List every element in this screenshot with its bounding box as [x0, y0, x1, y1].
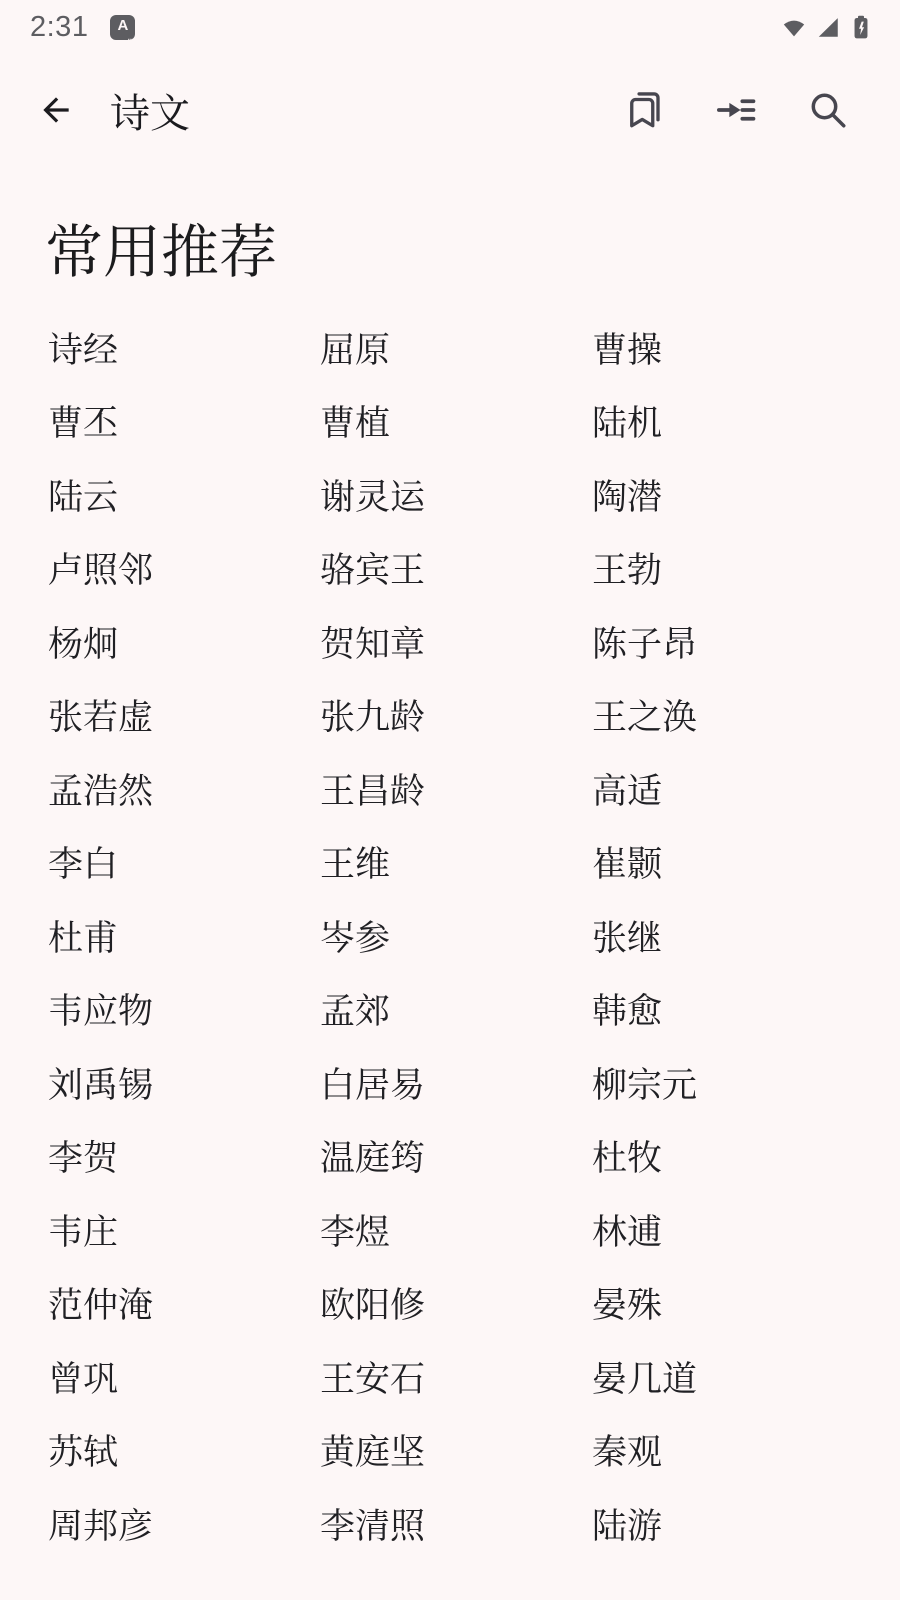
- cellular-signal-icon: [815, 14, 841, 40]
- wifi-icon: [780, 14, 808, 40]
- poet-item[interactable]: 韦应物: [48, 973, 320, 1047]
- poet-item[interactable]: 韩愈: [592, 973, 852, 1047]
- poet-item[interactable]: 谢灵运: [320, 458, 592, 532]
- jump-to-list-icon: [715, 89, 757, 131]
- poet-item[interactable]: 黄庭坚: [320, 1414, 592, 1488]
- bookmarks-icon: [623, 89, 665, 131]
- poet-item[interactable]: 屈原: [320, 311, 592, 385]
- poet-item[interactable]: 陶潜: [592, 458, 852, 532]
- badge-dots: ...: [127, 34, 133, 40]
- poet-item[interactable]: 曹丕: [48, 385, 320, 459]
- poet-item[interactable]: 王维: [320, 826, 592, 900]
- poet-item[interactable]: 白居易: [320, 1046, 592, 1120]
- poet-item[interactable]: 周邦彦: [48, 1487, 320, 1561]
- poet-item[interactable]: 王昌龄: [320, 752, 592, 826]
- poet-item[interactable]: 刘禹锡: [48, 1046, 320, 1120]
- search-button[interactable]: [804, 86, 852, 134]
- poet-item[interactable]: 张继: [592, 899, 852, 973]
- back-arrow-icon: [37, 91, 75, 129]
- poet-item[interactable]: 晏殊: [592, 1267, 852, 1341]
- poet-item[interactable]: 晏几道: [592, 1340, 852, 1414]
- poet-item[interactable]: 李煜: [320, 1193, 592, 1267]
- poet-item[interactable]: 林逋: [592, 1193, 852, 1267]
- poet-item[interactable]: 王之涣: [592, 679, 852, 753]
- poet-item[interactable]: 曹操: [592, 311, 852, 385]
- poet-item[interactable]: 范仲淹: [48, 1267, 320, 1341]
- poet-item[interactable]: 韦庄: [48, 1193, 320, 1267]
- section-heading: 常用推荐: [45, 218, 900, 288]
- jump-to-list-button[interactable]: [712, 86, 760, 134]
- poet-item[interactable]: 陆云: [48, 458, 320, 532]
- poet-item[interactable]: 曾巩: [48, 1340, 320, 1414]
- notification-app-badge-icon: A ...: [110, 15, 135, 40]
- poet-item[interactable]: 杨炯: [48, 605, 320, 679]
- back-button[interactable]: [32, 86, 80, 134]
- poet-item[interactable]: 苏轼: [48, 1414, 320, 1488]
- poet-item[interactable]: 骆宾王: [320, 532, 592, 606]
- bookmarks-button[interactable]: [620, 86, 668, 134]
- poet-item[interactable]: 李白: [48, 826, 320, 900]
- poet-item[interactable]: 张九龄: [320, 679, 592, 753]
- poet-item[interactable]: 诗经: [48, 311, 320, 385]
- poet-item[interactable]: 温庭筠: [320, 1120, 592, 1194]
- poet-item[interactable]: 李贺: [48, 1120, 320, 1194]
- poet-item[interactable]: 曹植: [320, 385, 592, 459]
- battery-charging-icon: [848, 13, 874, 41]
- poet-item[interactable]: 秦观: [592, 1414, 852, 1488]
- poet-item[interactable]: 王安石: [320, 1340, 592, 1414]
- poet-item[interactable]: 张若虚: [48, 679, 320, 753]
- poet-item[interactable]: 孟浩然: [48, 752, 320, 826]
- poet-item[interactable]: 王勃: [592, 532, 852, 606]
- status-bar: 2:31 A ...: [0, 0, 900, 52]
- poet-item[interactable]: 高适: [592, 752, 852, 826]
- poet-item[interactable]: 李清照: [320, 1487, 592, 1561]
- poet-item[interactable]: 卢照邻: [48, 532, 320, 606]
- poet-item[interactable]: 陆游: [592, 1487, 852, 1561]
- clock: 2:31: [30, 11, 88, 44]
- poet-item[interactable]: 欧阳修: [320, 1267, 592, 1341]
- poet-item[interactable]: 杜牧: [592, 1120, 852, 1194]
- app-bar: 诗文: [0, 64, 900, 156]
- poet-item[interactable]: 贺知章: [320, 605, 592, 679]
- poet-item[interactable]: 柳宗元: [592, 1046, 852, 1120]
- poet-item[interactable]: 崔颢: [592, 826, 852, 900]
- poet-item[interactable]: 陈子昂: [592, 605, 852, 679]
- poet-item[interactable]: 岑参: [320, 899, 592, 973]
- poets-grid: 诗经屈原曹操曹丕曹植陆机陆云谢灵运陶潜卢照邻骆宾王王勃杨炯贺知章陈子昂张若虚张九…: [0, 311, 900, 1561]
- poet-item[interactable]: 陆机: [592, 385, 852, 459]
- page-title: 诗文: [110, 82, 620, 139]
- search-icon: [807, 89, 849, 131]
- poet-item[interactable]: 孟郊: [320, 973, 592, 1047]
- poet-item[interactable]: 杜甫: [48, 899, 320, 973]
